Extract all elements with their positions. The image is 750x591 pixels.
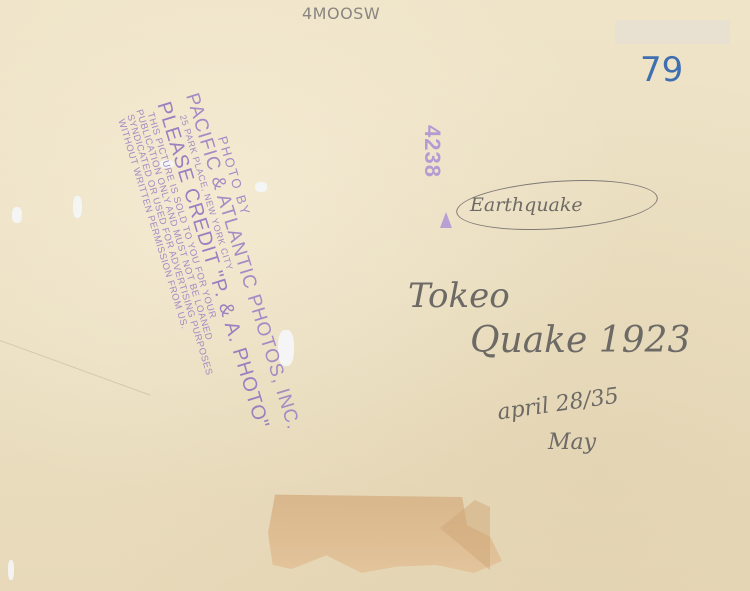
tape-residue-mark <box>615 20 730 44</box>
handwriting-line: Tokeo <box>408 276 510 316</box>
paper-speck <box>73 196 82 218</box>
paper-speck <box>12 207 22 223</box>
paper-crease <box>0 340 151 396</box>
handwriting-line: Quake 1923 <box>470 320 690 361</box>
paper-speck <box>8 560 14 580</box>
item-number: 79 <box>640 50 683 90</box>
handwriting-line: May <box>548 430 596 455</box>
catalog-number: 4MOOSW <box>302 4 380 23</box>
subject-label: Earthquake <box>470 194 583 216</box>
photo-credit-stamp: PHOTO BY PACIFIC & ATLANTIC PHOTOS, Inc.… <box>114 87 316 453</box>
paper-speck <box>255 182 267 192</box>
photo-back-sheet: 4MOOSW 79 PHOTO BY PACIFIC & ATLANTIC PH… <box>0 0 750 591</box>
arrow-stamp-icon <box>440 212 452 228</box>
handwriting-date: april 28/35 <box>496 384 620 426</box>
number-stamp: 4238 <box>419 125 445 178</box>
